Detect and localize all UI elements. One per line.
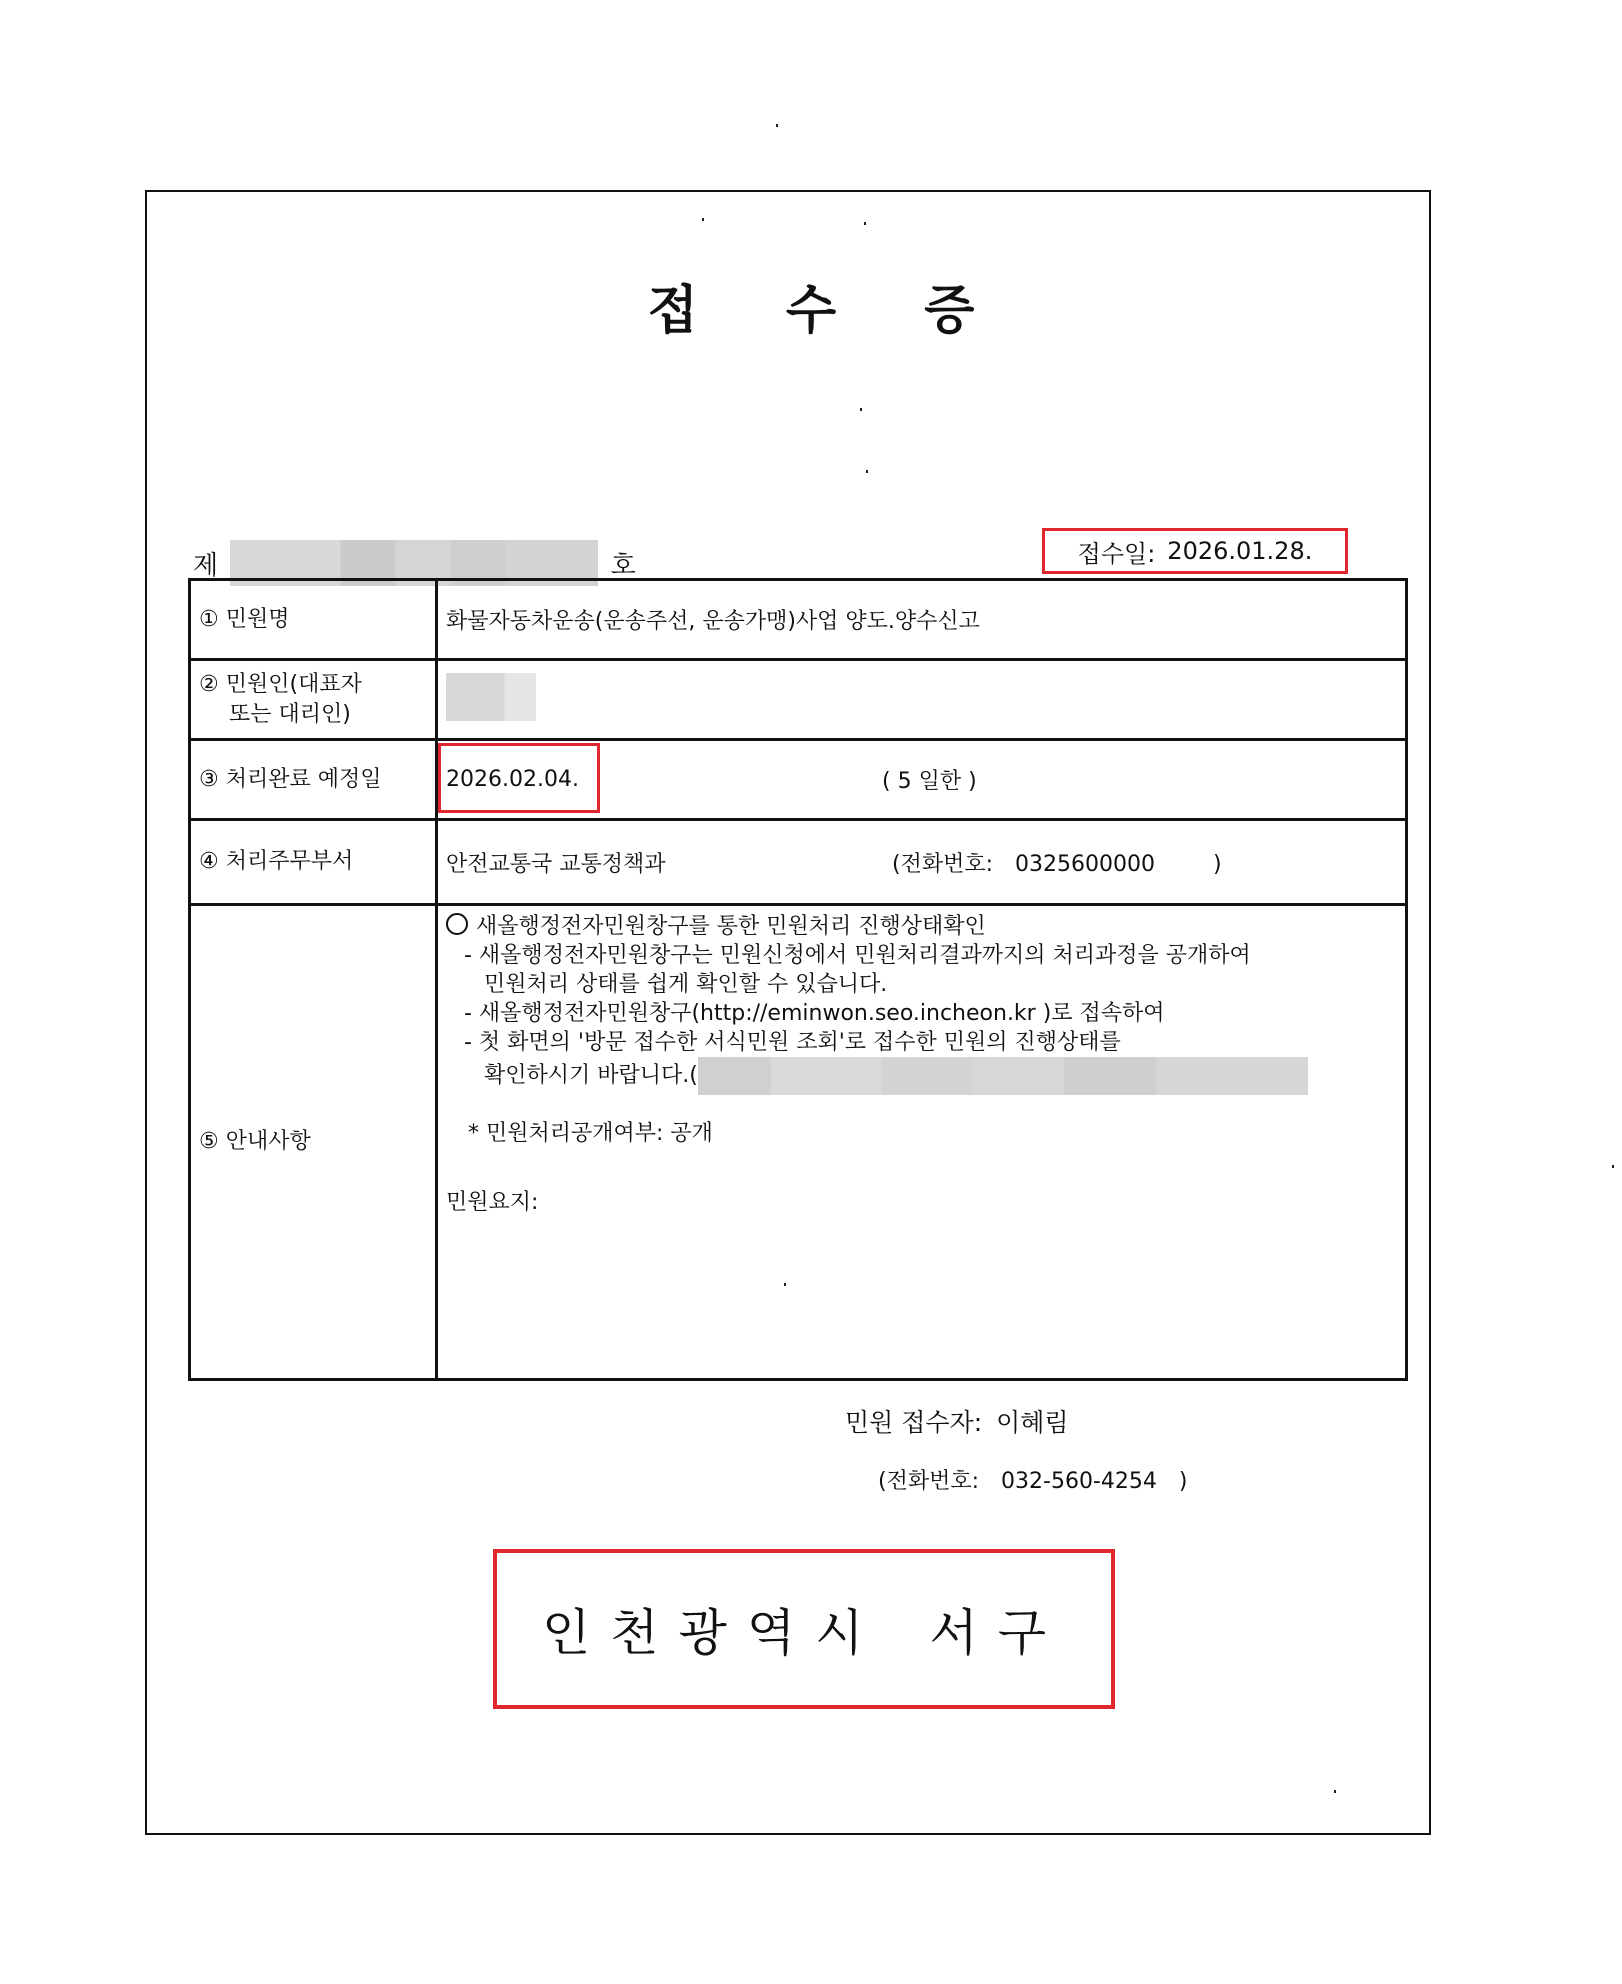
- document-number-suffix: 호: [611, 545, 636, 582]
- field-label: ① 민원명: [190, 580, 437, 660]
- scan-speck: [784, 1283, 786, 1286]
- table-row: ④ 처리주무부서 안전교통국 교통정책과 (전화번호:0325600000): [190, 820, 1407, 905]
- scan-speck: [1334, 1790, 1336, 1793]
- issuer-district: 서구: [929, 1593, 1066, 1665]
- due-date-value: 2026.02.04.: [446, 767, 579, 792]
- field-label: ② 민원인(대표자 또는 대리인): [190, 660, 437, 740]
- applicant-value: [437, 660, 1407, 740]
- department-value: 안전교통국 교통정책과: [446, 847, 666, 878]
- redacted-applicant: [446, 673, 536, 721]
- received-date-value: 2026.01.28.: [1167, 537, 1312, 565]
- field-label: ③ 처리완료 예정일: [190, 740, 437, 820]
- scan-speck: [866, 470, 868, 473]
- redacted-info: [698, 1057, 1308, 1095]
- summary-label: 민원요지:: [446, 1188, 1397, 1217]
- table-row: ① 민원명 화물자동차운송(운송주선, 운송가맹)사업 양도.양수신고: [190, 580, 1407, 660]
- circle-bullet-icon: [446, 913, 468, 935]
- document-number-prefix: 제: [193, 545, 218, 582]
- issuer-stamp-box: 인천광역시서구: [493, 1549, 1115, 1709]
- scan-speck: [860, 408, 862, 411]
- scan-speck: [864, 222, 866, 225]
- received-date-highlight: 접수일: 2026.01.28.: [1042, 528, 1348, 574]
- receiver-name: 이혜림: [996, 1408, 1068, 1437]
- scan-speck: [702, 218, 704, 221]
- issuer-city: 인천광역시: [542, 1593, 884, 1665]
- table-row: ② 민원인(대표자 또는 대리인): [190, 660, 1407, 740]
- field-label: ⑤ 안내사항: [190, 905, 437, 1380]
- scan-speck: [776, 124, 778, 127]
- table-row: ③ 처리완료 예정일 2026.02.04. ( 5 일한 ): [190, 740, 1407, 820]
- notice-heading: 새올행정전자민원창구를 통한 민원처리 진행상태확인: [446, 912, 1397, 941]
- scan-speck: [1612, 1165, 1614, 1168]
- receiver: 민원 접수자:이혜림: [845, 1403, 1069, 1439]
- complaint-name-value: 화물자동차운송(운송주선, 운송가맹)사업 양도.양수신고: [437, 580, 1407, 660]
- table-row: ⑤ 안내사항 새올행정전자민원창구를 통한 민원처리 진행상태확인 - 새올행정…: [190, 905, 1407, 1380]
- portal-url-line: - 새올행정전자민원창구(http://eminwon.seo.incheon.…: [446, 999, 1397, 1028]
- received-date-label: 접수일:: [1078, 534, 1156, 569]
- receiver-label: 민원 접수자:: [845, 1408, 982, 1437]
- document-title: 접수증: [0, 268, 1622, 343]
- field-label: ④ 처리주무부서: [190, 820, 437, 905]
- receipt-table: ① 민원명 화물자동차운송(운송주선, 운송가맹)사업 양도.양수신고 ② 민원…: [188, 578, 1408, 1381]
- department-phone: (전화번호:0325600000): [892, 847, 1222, 878]
- receiver-phone: (전화번호:032-560-4254): [878, 1464, 1187, 1495]
- disclosure-status: * 민원처리공개여부: 공개: [446, 1119, 1397, 1148]
- processing-days: ( 5 일한 ): [882, 764, 977, 795]
- notice-content: 새올행정전자민원창구를 통한 민원처리 진행상태확인 - 새올행정전자민원창구는…: [437, 905, 1407, 1380]
